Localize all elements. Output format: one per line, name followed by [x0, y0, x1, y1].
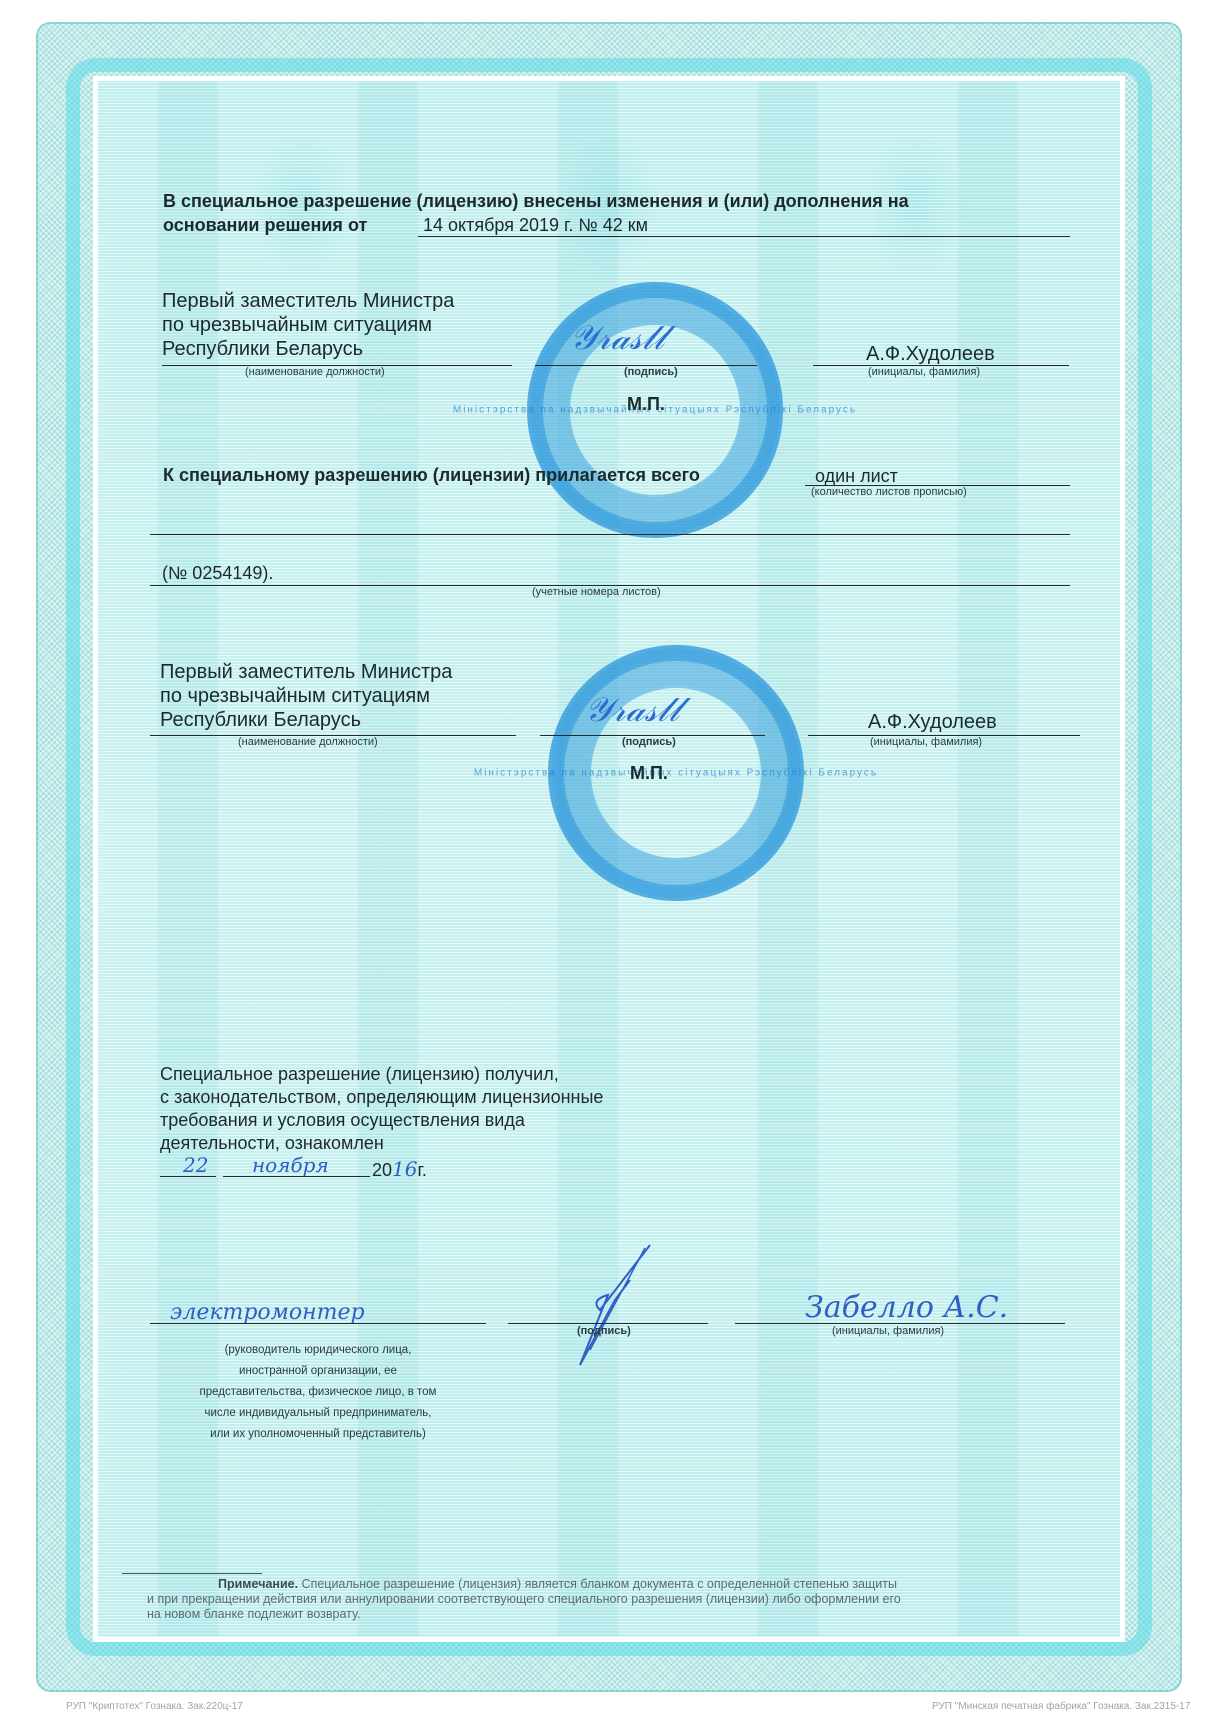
receipt-month: ноября: [252, 1153, 329, 1177]
official-stamp: Міністэрства па надзвычайных сітуацыях Р…: [548, 645, 804, 901]
signature-caption: (подпись): [622, 736, 676, 748]
printer-mark-left: РУП "Криптотех" Гознака. Зак.220ц-17: [66, 1701, 243, 1712]
note-text: Специальное разрешение (лицензия) являет…: [302, 1577, 897, 1591]
note-label: Примечание.: [218, 1577, 298, 1591]
position-line: Республики Беларусь: [162, 337, 454, 361]
recipient-name-underline: [735, 1323, 1065, 1324]
position-line: по чрезвычайным ситуациям: [160, 684, 452, 708]
printer-mark-right: РУП "Минская печатная фабрика" Гознака. …: [932, 1701, 1190, 1712]
position-line: Первый заместитель Министра: [160, 660, 452, 684]
position-caption: (наименование должности): [245, 366, 385, 378]
receipt-line: с законодательством, определяющим лиценз…: [160, 1086, 603, 1109]
attachment-count: один лист: [815, 466, 898, 487]
day-underline: [160, 1176, 216, 1177]
note-line: и при прекращении действия или аннулиров…: [147, 1592, 1067, 1607]
signatory-position-2: Первый заместитель Министра по чрезвычай…: [160, 660, 452, 732]
blank-line: [150, 534, 1070, 535]
note-line: Примечание. Специальное разрешение (лице…: [147, 1577, 1067, 1592]
recipient-signature: [560, 1240, 670, 1370]
recipient-position-underline: [150, 1323, 486, 1324]
note-line: на новом бланке подлежит возврату.: [147, 1607, 1067, 1622]
decision-underline: [418, 236, 1070, 237]
receipt-year: 2016г.: [372, 1157, 427, 1181]
signatory-position-1: Первый заместитель Министра по чрезвычай…: [162, 289, 454, 361]
caption-line: числе индивидуальный предприниматель,: [150, 1403, 486, 1424]
year-suffix: 16: [392, 1157, 417, 1181]
month-underline: [223, 1176, 370, 1177]
amendment-statement: В специальное разрешение (лицензию) внес…: [163, 191, 909, 212]
year-prefix: 20: [372, 1160, 392, 1180]
position-line: по чрезвычайным ситуациям: [162, 313, 454, 337]
seal-label: М.П.: [627, 394, 665, 415]
name-caption: (инициалы, фамилия): [868, 366, 980, 378]
seal-label: М.П.: [630, 763, 668, 784]
receipt-statement: Специальное разрешение (лицензию) получи…: [160, 1063, 603, 1155]
year-end: г.: [417, 1160, 426, 1180]
signatory-name: А.Ф.Худолеев: [866, 343, 995, 366]
recipient-signature-caption: (подпись): [577, 1325, 631, 1337]
sheet-numbers: (№ 0254149).: [162, 563, 273, 584]
recipient-name: Забелло А.С.: [805, 1290, 1008, 1325]
recipient-position-caption: (руководитель юридического лица, иностра…: [150, 1340, 486, 1445]
signature-handwritten: 𝒴𝓇𝒶𝓈𝓁𝓁: [570, 318, 665, 358]
attachment-count-caption: (количество листов прописью): [811, 486, 967, 498]
recipient-signature-underline: [508, 1323, 708, 1324]
signatory-name: А.Ф.Худолеев: [868, 711, 997, 734]
name-caption: (инициалы, фамилия): [870, 736, 982, 748]
recipient-position: электромонтер: [170, 1300, 365, 1325]
note-separator: [122, 1573, 262, 1574]
signature-handwritten: 𝒴𝓇𝒶𝓈𝓁𝓁: [585, 690, 680, 730]
receipt-line: требования и условия осуществления вида: [160, 1109, 603, 1132]
stamp-ring-text: Міністэрства па надзвычайных сітуацыях Р…: [474, 768, 878, 779]
position-line: Первый заместитель Министра: [162, 289, 454, 313]
sheet-numbers-caption: (учетные номера листов): [532, 586, 661, 598]
caption-line: представительства, физическое лицо, в то…: [150, 1382, 486, 1403]
signature-caption: (подпись): [624, 366, 678, 378]
receipt-line: Специальное разрешение (лицензию) получи…: [160, 1063, 603, 1086]
caption-line: (руководитель юридического лица,: [150, 1340, 486, 1361]
position-caption: (наименование должности): [238, 736, 378, 748]
caption-line: или их уполномоченный представитель): [150, 1424, 486, 1445]
footnote: Примечание. Специальное разрешение (лице…: [147, 1577, 1067, 1622]
decision-value: 14 октября 2019 г. № 42 км: [423, 215, 648, 236]
decision-label: основании решения от: [163, 215, 367, 236]
recipient-name-caption: (инициалы, фамилия): [832, 1325, 944, 1337]
receipt-day: 22: [183, 1153, 208, 1177]
position-line: Республики Беларусь: [160, 708, 452, 732]
caption-line: иностранной организации, ее: [150, 1361, 486, 1382]
receipt-line: деятельности, ознакомлен: [160, 1132, 603, 1155]
attachment-label: К специальному разрешению (лицензии) при…: [163, 465, 700, 486]
